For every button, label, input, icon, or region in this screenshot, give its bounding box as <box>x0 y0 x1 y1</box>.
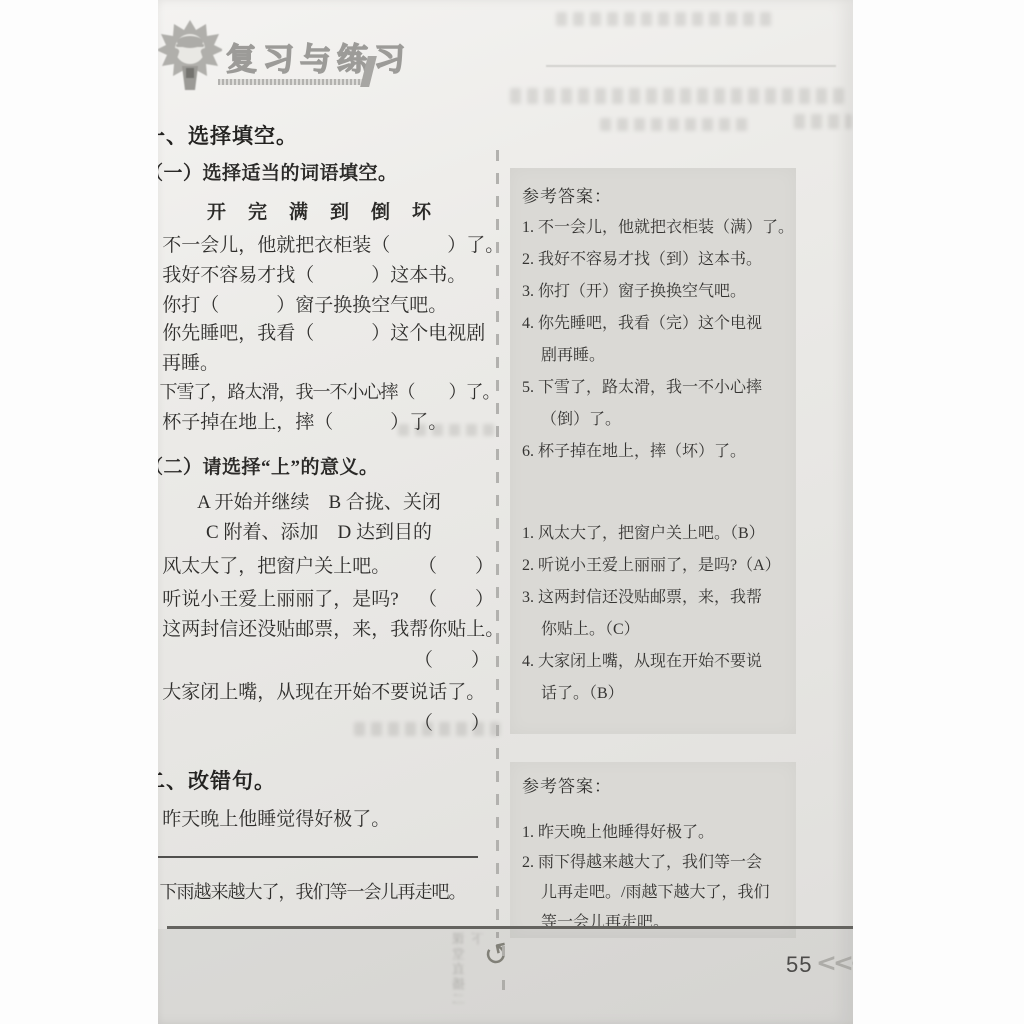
answer-panel-1: 参考答案： 1. 不一会儿，他就把衣柜装（满）了。 2. 我好不容易才找（到）这… <box>510 168 796 734</box>
item-text: 昨天晚上他睡觉得好极了。 <box>162 809 390 830</box>
answer-panel-2: 参考答案： 1. 昨天晚上他睡得好极了。 2. 雨下得越来越大了，我们等一会儿再… <box>510 762 796 938</box>
word-bank-word: 开 <box>207 202 226 223</box>
answer-row: 3. 你打（开）窗子换换空气吧。 <box>522 276 788 308</box>
word-bank: 开完满到倒坏 <box>158 197 494 224</box>
choice-item: 2.听说小王爱上丽丽了，是吗? （ ） <box>158 584 494 611</box>
item-text: 我好不容易才找（ ）这本书。 <box>162 265 466 286</box>
answer-bracket: （ ） <box>418 551 494 578</box>
answers-label: 参考答案： <box>522 182 788 212</box>
divider-dash <box>502 980 505 990</box>
correction-item: 2.下雨越来越大了，我们等一会儿再走吧。 <box>158 878 494 904</box>
fill-blank-item: 4.你先睡吧，我看（ ）这个电视剧 <box>158 318 494 345</box>
choice-item: 1.风太大了，把窗户关上吧。 （ ） <box>158 551 494 578</box>
word-bank-word: 满 <box>289 202 308 223</box>
bleedthrough-smudge <box>510 88 850 104</box>
item-text: 你先睡吧，我看（ ）这个电视剧 <box>162 323 485 344</box>
word-bank-word: 坏 <box>412 202 431 223</box>
item-text: 不一会儿，他就把衣柜装（ ）了。 <box>162 235 504 256</box>
answer-row: 6. 杯子掉在地上，摔（坏）了。 <box>522 436 788 468</box>
bleedthrough-smudge <box>556 12 776 26</box>
answer-bracket: （ ） <box>158 645 494 672</box>
exercise-column: 一、选择填空。 （一）选择适当的词语填空。 开完满到倒坏 1.不一会儿，他就把衣… <box>158 0 494 1000</box>
page-number: 55 <box>786 952 812 978</box>
answer-row: 1. 不一会儿，他就把衣柜装（满）了。 <box>522 212 788 244</box>
answer-row: 2. 听说小王爱上丽丽了，是吗?（A） <box>522 550 788 582</box>
part2-subheading: （二）请选择“上”的意义。 <box>158 452 494 479</box>
answer-row: 1. 昨天晚上他睡得好极了。 <box>522 818 788 848</box>
answer-row: 4. 你先睡吧，我看（完）这个电视剧再睡。 <box>522 308 788 372</box>
answer-row: 1. 风太大了，把窗户关上吧。（B） <box>522 518 788 550</box>
answer-writing-line <box>158 856 478 858</box>
section1-heading: 一、选择填空。 <box>158 120 494 150</box>
bleedthrough-smudge <box>794 114 852 129</box>
part1-subheading: （一）选择适当的词语填空。 <box>158 158 494 185</box>
options-line-cd: C 附着、添加 D 达到目的 <box>158 517 494 544</box>
item-text: 杯子掉在地上，摔（ ）了。 <box>162 412 447 433</box>
answer-row: 3. 这两封信还没贴邮票，来，我帮你贴上。（C） <box>522 582 788 646</box>
answer-row: 4. 大家闭上嘴，从现在开始不要说话了。（B） <box>522 646 788 710</box>
answer-row: 5. 下雪了，路太滑，我一不小心摔（倒）了。 <box>522 372 788 436</box>
fill-blank-item: 1.不一会儿，他就把衣柜装（ ）了。 <box>158 230 494 257</box>
fill-blank-item: 2.我好不容易才找（ ）这本书。 <box>158 260 494 287</box>
item-text: 1.风太大了，把窗户关上吧。 <box>158 551 390 578</box>
dashed-divider-line <box>496 150 499 938</box>
word-bank-word: 倒 <box>371 202 390 223</box>
answer-bracket: （ ） <box>158 708 494 735</box>
answer-row: 2. 雨下得越来越大了，我们等一会儿再走吧。/雨越下越大了，我们等一会儿再走吧。 <box>522 848 788 938</box>
back-chevrons-icon: <<< <box>816 948 853 977</box>
choice-item: 3.这两封信还没贴邮票，来，我帮你贴上。 <box>158 614 494 641</box>
scanned-workbook-photo: 复习与练习 一、选择填空。 （一）选择适当的词语填空。 开完满到倒坏 1.不一会… <box>0 0 1024 1024</box>
workbook-page: 复习与练习 一、选择填空。 （一）选择适当的词语填空。 开完满到倒坏 1.不一会… <box>158 0 853 1024</box>
answer-group-gap <box>522 802 788 818</box>
answer-bracket: （ ） <box>418 584 494 611</box>
section2-heading: 二、改错句。 <box>158 765 494 795</box>
word-bank-word: 到 <box>330 202 349 223</box>
item-text: 下雨越来越大了，我们等一会儿再走吧。 <box>160 882 466 902</box>
bleedthrough-smudge <box>600 118 750 131</box>
item-text: 这两封信还没贴邮票，来，我帮你贴上。 <box>162 619 504 640</box>
item-text: 你打（ ）窗子换换空气吧。 <box>162 295 447 316</box>
fill-blank-item: 3.你打（ ）窗子换换空气吧。 <box>158 290 494 317</box>
answers-label: 参考答案： <box>522 772 788 802</box>
item-text: 大家闭上嘴，从现在开始不要说话了。 <box>162 682 485 703</box>
options-line-ab: A 开始并继续 B 合拢、关闭 <box>158 487 494 514</box>
correction-item: 1.昨天晚上他睡觉得好极了。 <box>158 804 494 831</box>
fill-blank-item: 5.下雪了，路太滑，我一不小心摔（ ）了。 <box>158 378 494 404</box>
bleedthrough-rule <box>546 65 836 67</box>
answer-row: 2. 我好不容易才找（到）这本书。 <box>522 244 788 276</box>
fill-blank-item: 6.杯子掉在地上，摔（ ）了。 <box>158 407 494 434</box>
divider-dash <box>502 946 505 956</box>
item-text-continuation: 再睡。 <box>158 348 494 375</box>
item-text: 2.听说小王爱上丽丽了，是吗? <box>158 584 399 611</box>
item-text: 下雪了，路太滑，我一不小心摔（ ）了。 <box>160 382 500 402</box>
choice-item: 4.大家闭上嘴，从现在开始不要说话了。 <box>158 677 494 704</box>
word-bank-word: 完 <box>248 202 267 223</box>
answer-group-gap <box>522 468 788 518</box>
